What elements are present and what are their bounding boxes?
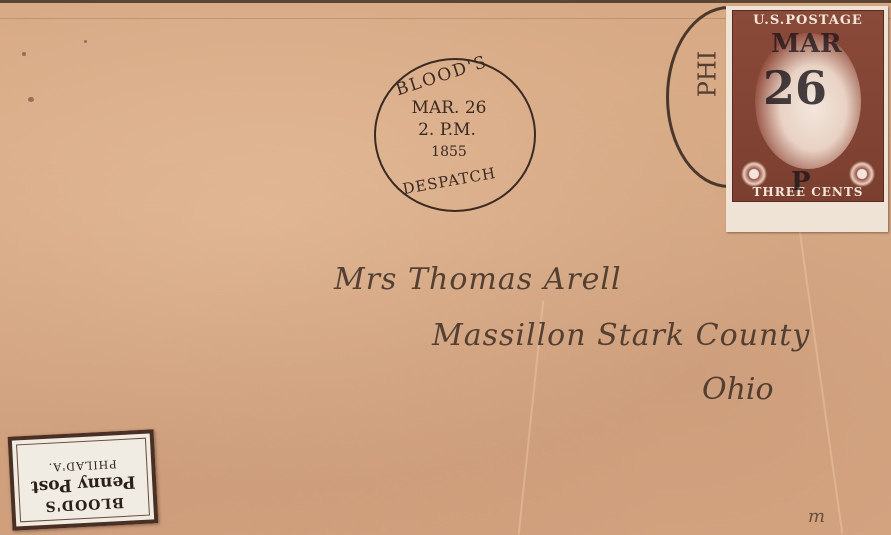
- postmark-bottom-text: DESPATCH: [401, 164, 497, 198]
- pencil-notation: m: [808, 506, 825, 527]
- label-inverted-text: BLOOD'S Penny Post PHILAD'A.: [16, 438, 150, 523]
- partial-cancel-text: PHI: [693, 51, 721, 98]
- foxing-spot: [22, 52, 26, 56]
- bloods-penny-post-label: BLOOD'S Penny Post PHILAD'A.: [8, 429, 159, 531]
- envelope-top-edge: [0, 0, 891, 3]
- stamp-cancel-day: 26: [763, 61, 827, 115]
- rosette-icon: [741, 161, 767, 187]
- stamp-cancel-letter: P: [791, 167, 811, 197]
- stamp-cancel-month: MAR: [771, 29, 842, 59]
- postmark-time: 2. P.M.: [368, 120, 526, 140]
- foxing-spot: [28, 97, 34, 102]
- address-state: Ohio: [702, 372, 774, 407]
- envelope: BLOOD'S MAR. 26 2. P.M. 1855 DESPATCH PH…: [0, 0, 891, 535]
- blood-despatch-postmark: BLOOD'S MAR. 26 2. P.M. 1855 DESPATCH: [374, 58, 536, 212]
- address-name: Mrs Thomas Arell: [334, 262, 622, 297]
- foxing-spot: [84, 40, 87, 43]
- address-city: Massillon Stark County: [432, 318, 810, 353]
- rosette-icon: [849, 161, 875, 187]
- stamp-top-text: U.S.POSTAGE: [733, 13, 883, 28]
- postmark-top-text: BLOOD'S: [393, 52, 490, 101]
- postmark-date: MAR. 26: [370, 98, 528, 118]
- paper-crease: [799, 231, 843, 533]
- postmark-year: 1855: [370, 144, 528, 160]
- three-cent-stamp: U.S.POSTAGE THREE CENTS MAR 26 P: [726, 6, 888, 232]
- stamp-design: U.S.POSTAGE THREE CENTS MAR 26 P: [732, 10, 884, 202]
